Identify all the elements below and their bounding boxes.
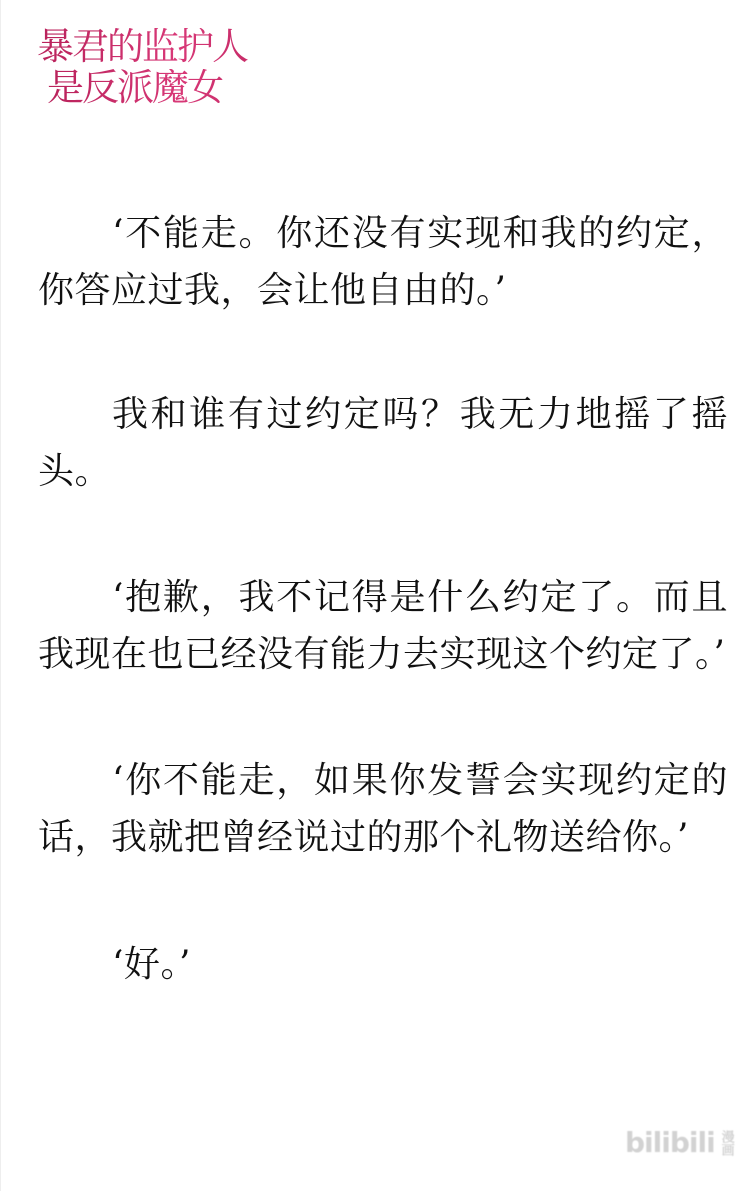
logo-title-line2: 是反派魔女 (47, 69, 267, 106)
comic-title-logo: 暴君的监护人 是反派魔女 (37, 28, 267, 106)
watermark-label: 漫画 (719, 1130, 734, 1156)
paragraph: ‘不能走。你还没有实现和我的约定，你答应过我，会让他自由的。’ (38, 205, 728, 319)
story-text: ‘不能走。你还没有实现和我的约定，你答应过我，会让他自由的。’ 我和谁有过约定吗… (38, 205, 728, 1063)
paragraph: 我和谁有过约定吗？我无力地摇了摇头。 (38, 386, 728, 500)
logo-title-line1: 暴君的监护人 (37, 28, 267, 65)
paragraph: ‘好。’ (38, 936, 728, 993)
paragraph: ‘抱歉，我不记得是什么约定了。而且我现在也已经没有能力去实现这个约定了。’ (38, 569, 728, 683)
paragraph: ‘你不能走，如果你发誓会实现约定的话，我就把曾经说过的那个礼物送给你。’ (38, 752, 728, 866)
bilibili-manga-watermark: bilibili 漫画 (625, 1126, 734, 1159)
watermark-brand: bilibili (625, 1126, 715, 1159)
